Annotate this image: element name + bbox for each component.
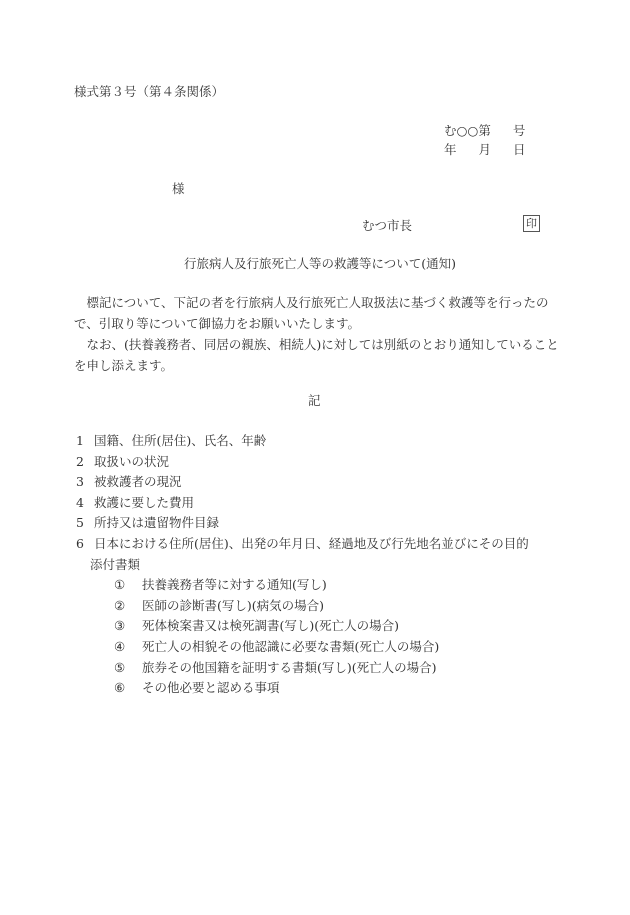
form-number: 様式第３号（第４条関係） [74, 81, 224, 102]
item-number: 5 [76, 512, 94, 533]
item-number: 4 [76, 492, 94, 513]
item-text: 日本における住所(居住)、出発の年月日、経過地及び行先地名並びにその目的 [94, 536, 529, 551]
date-day: 日 [513, 142, 526, 157]
document-number: む○○第号 [444, 120, 525, 141]
attachment-number: ⑥ [114, 677, 142, 698]
ki-heading: 記 [308, 390, 321, 411]
document-title: 行旅病人及行旅死亡人等の救護等について(通知) [184, 253, 456, 274]
item-list: 1国籍、住所(居住)、氏名、年齢 2取扱いの状況 3被救護者の現況 4救護に要し… [76, 430, 529, 698]
attachment-number: ③ [114, 615, 142, 636]
list-item: 6日本における住所(居住)、出発の年月日、経過地及び行先地名並びにその目的 [76, 533, 529, 554]
attachment-item: ⑤旅券その他国籍を証明する書類(写し)(死亡人の場合) [76, 657, 529, 678]
document-number-suffix: 号 [513, 120, 526, 141]
item-number: 6 [76, 533, 94, 554]
date-month: 月 [479, 142, 492, 157]
item-text: 取扱いの状況 [94, 454, 169, 469]
list-item: 2取扱いの状況 [76, 451, 529, 472]
issue-date: 年月日 [444, 139, 526, 160]
item-text: 救護に要した費用 [94, 495, 194, 510]
attachment-text: 医師の診断書(写し)(病気の場合) [142, 598, 324, 613]
body-text: 標記について、下記の者を行旅病人及行旅死亡人取扱法に基づく救護等を行ったので、引… [74, 292, 564, 376]
attachment-item: ③死体検案書又は検死調書(写し)(死亡人の場合) [76, 615, 529, 636]
attachment-item: ①扶養義務者等に対する通知(写し) [76, 574, 529, 595]
item-number: 2 [76, 451, 94, 472]
sender: むつ市長 [362, 215, 412, 236]
date-year: 年 [444, 142, 457, 157]
attachment-item: ④死亡人の相貌その他認識に必要な書類(死亡人の場合) [76, 636, 529, 657]
attachment-number: ② [114, 595, 142, 616]
body-paragraph: なお、(扶養義務者、同居の親族、相続人)に対しては別紙のとおり通知していることを… [74, 334, 564, 376]
attachment-text: 旅券その他国籍を証明する書類(写し)(死亡人の場合) [142, 660, 437, 675]
attachment-text: その他必要と認める事項 [142, 680, 280, 695]
item-text: 国籍、住所(居住)、氏名、年齢 [94, 433, 266, 448]
list-item: 3被救護者の現況 [76, 471, 529, 492]
attachment-number: ⑤ [114, 657, 142, 678]
item-text: 所持又は遺留物件目録 [94, 515, 219, 530]
attachment-number: ④ [114, 636, 142, 657]
attachment-text: 死体検案書又は検死調書(写し)(死亡人の場合) [142, 618, 399, 633]
attachment-item: ②医師の診断書(写し)(病気の場合) [76, 595, 529, 616]
addressee: 様 [172, 178, 185, 199]
document-number-prefix: む○○第 [444, 120, 491, 141]
attachment-number: ① [114, 574, 142, 595]
seal-icon: 印 [523, 215, 540, 232]
attachments-title: 添付書類 [76, 554, 529, 575]
item-number: 3 [76, 471, 94, 492]
attachment-item: ⑥その他必要と認める事項 [76, 677, 529, 698]
list-item: 1国籍、住所(居住)、氏名、年齢 [76, 430, 529, 451]
body-paragraph-text: なお、(扶養義務者、同居の親族、相続人)に対しては別紙のとおり通知していることを… [74, 337, 559, 373]
list-item: 4救護に要した費用 [76, 492, 529, 513]
body-paragraph: 標記について、下記の者を行旅病人及行旅死亡人取扱法に基づく救護等を行ったので、引… [74, 292, 564, 334]
attachment-text: 扶養義務者等に対する通知(写し) [142, 577, 327, 592]
item-number: 1 [76, 430, 94, 451]
body-paragraph-text: 標記について、下記の者を行旅病人及行旅死亡人取扱法に基づく救護等を行ったので、引… [74, 295, 549, 331]
item-text: 被救護者の現況 [94, 474, 182, 489]
attachment-text: 死亡人の相貌その他認識に必要な書類(死亡人の場合) [142, 639, 439, 654]
list-item: 5所持又は遺留物件目録 [76, 512, 529, 533]
